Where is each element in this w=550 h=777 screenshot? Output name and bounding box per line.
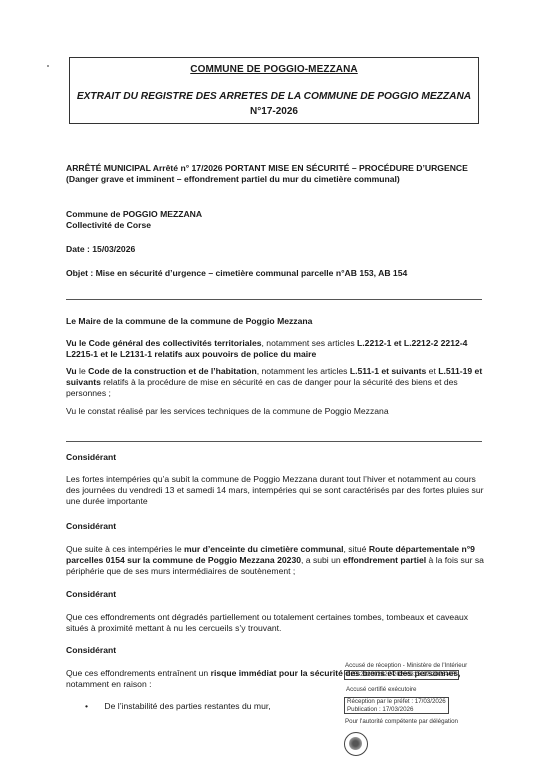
considerant-heading: Considérant	[66, 589, 486, 600]
stamp-publication: Publication : 17/03/2026	[347, 706, 413, 713]
visa-cch-le: le	[77, 366, 88, 376]
arrete-title-rest: Arrêté n° 17/2026 PORTANT MISE EN SÉCURI…	[151, 163, 468, 173]
considerant-heading: Considérant	[66, 645, 486, 656]
considerant-text: Les fortes intempéries qu’a subit la com…	[66, 474, 486, 508]
stamp-reception: Réception par le préfet : 17/03/2026	[347, 698, 446, 705]
text-run: , situé	[344, 544, 369, 554]
bullet-item: • De l’instabilité des parties restantes…	[85, 701, 271, 711]
visa-cch-text: , notamment les articles	[257, 366, 350, 376]
visa-cch-purpose: relatifs à la procédure de mise en sécur…	[66, 377, 458, 398]
header-registry-title: EXTRAIT DU REGISTRE DES ARRETES DE LA CO…	[70, 91, 478, 102]
text-run: Que ces effondrements entraînent un	[66, 668, 211, 678]
stamp-accuse-label: Accusé de réception - Ministère de l'Int…	[345, 662, 467, 670]
visa-cch: Vu le Code de la construction et de l’ha…	[66, 366, 486, 400]
info-objet: Objet : Mise en sécurité d’urgence – cim…	[66, 268, 486, 279]
visa-cgct-code: Vu le Code général des collectivités ter…	[66, 338, 262, 348]
arrete-title-bold: ARRÊTÉ MUNICIPAL	[66, 163, 151, 173]
stamp-reference-box: 02B-212002422-20260315-17-2026-AR	[344, 670, 459, 680]
text-run: effondrement partiel	[343, 555, 426, 565]
bullet-text: De l’instabilité des parties restantes d…	[104, 701, 270, 711]
stamp-certifie: Accusé certifié exécutoire	[346, 686, 417, 694]
stamp-delegation: Pour l'autorité compétente par délégatio…	[345, 718, 458, 726]
text-run: Que suite à ces intempéries le	[66, 544, 184, 554]
seal-icon	[344, 732, 368, 756]
stamp-dates-box: Réception par le préfet : 17/03/2026 Pub…	[344, 697, 449, 714]
visa-cch-et: et	[426, 366, 438, 376]
text-run: notamment en raison :	[66, 679, 152, 689]
considerant-heading: Considérant	[66, 521, 486, 532]
text-run: , a subi un	[301, 555, 343, 565]
text-run: mur d’enceinte du cimetière communal	[184, 544, 344, 554]
seal-emblem-icon	[349, 737, 362, 750]
considerant-heading: Considérant	[66, 452, 486, 463]
visa-constat: Vu le constat réalisé par les services t…	[66, 406, 486, 417]
info-commune: Commune de POGGIO MEZZANA	[66, 209, 486, 220]
header-order-number: N°17-2026	[70, 106, 478, 117]
header-box: COMMUNE DE POGGIO-MEZZANA EXTRAIT DU REG…	[69, 57, 479, 124]
visa-cch-article1: L.511-1 et suivants	[350, 366, 426, 376]
divider	[66, 441, 482, 442]
visa-cgct: Vu le Code général des collectivités ter…	[66, 338, 486, 360]
visa-cch-code: Code de la construction et de l’habitati…	[88, 366, 257, 376]
header-commune-title: COMMUNE DE POGGIO-MEZZANA	[70, 64, 478, 75]
visa-cgct-text: , notamment ses articles	[262, 338, 358, 348]
bullet-dot-icon: •	[85, 701, 88, 711]
considerant-text: Que suite à ces intempéries le mur d’enc…	[66, 544, 486, 578]
stamp-dates: Réception par le préfet : 17/03/2026 Pub…	[344, 697, 449, 714]
stamp-reference: 02B-212002422-20260315-17-2026-AR	[344, 670, 459, 680]
visa-cch-vu: Vu	[66, 366, 77, 376]
info-collectivite: Collectivité de Corse	[66, 220, 486, 231]
considerant-text: Que ces effondrements ont dégradés parti…	[66, 612, 486, 634]
divider	[66, 299, 482, 300]
scan-speck	[47, 65, 49, 67]
arrete-title: ARRÊTÉ MUNICIPAL Arrêté n° 17/2026 PORTA…	[66, 163, 486, 185]
info-date: Date : 15/03/2026	[66, 244, 486, 255]
maire-line: Le Maire de la commune de la commune de …	[66, 316, 486, 327]
arrete-subtitle: (Danger grave et imminent – effondrement…	[66, 174, 400, 184]
